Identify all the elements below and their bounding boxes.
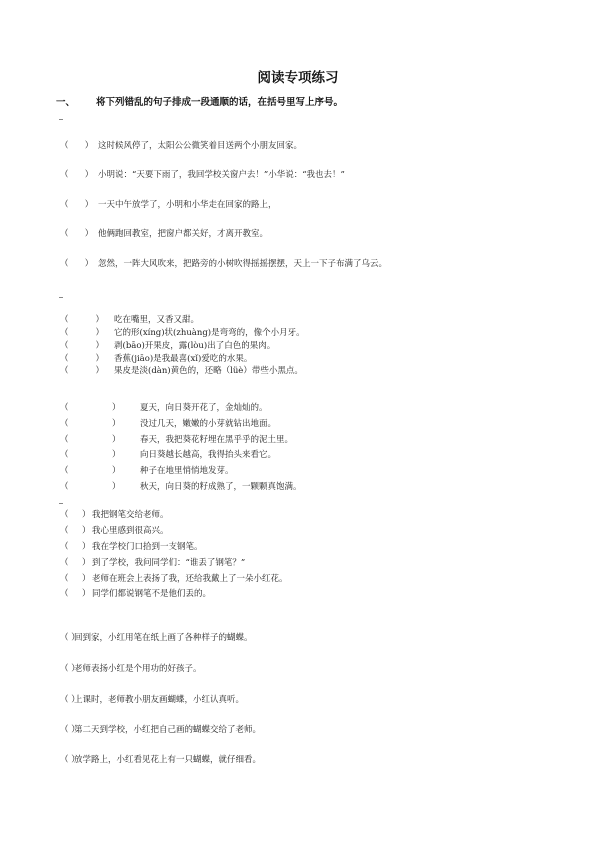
list-item: （ ）一天中午放学了，小明和小华走在回家的路上， bbox=[60, 198, 277, 210]
list-item: （ ）上课时，老师教小朋友画蝴蝶，小红认真听。 bbox=[60, 693, 244, 705]
list-item: （）夏天，向日葵开花了，金灿灿的。 bbox=[60, 401, 268, 413]
section-number: 一、 bbox=[56, 94, 96, 108]
section-instruction: 将下列错乱的句子排成一段通顺的话，在括号里写上序号。 bbox=[96, 97, 343, 108]
answer-blank[interactable]: （ bbox=[60, 448, 112, 460]
list-item: （ ）回到家，小红用笔在纸上画了各种样子的蝴蝶。 bbox=[60, 631, 253, 643]
list-item: （ ）老师在班会上表扬了我，还给我戴上了一朵小红花。 bbox=[60, 572, 288, 584]
list-item: （ ）小明说：“天要下雨了，我回学校关窗户去！”小华说：“我也去！” bbox=[60, 168, 345, 180]
answer-blank[interactable]: （ ） bbox=[60, 227, 98, 239]
list-item: （ ）同学们都说钢笔不是他们丢的。 bbox=[60, 587, 211, 599]
answer-blank[interactable]: （ ） bbox=[60, 352, 114, 364]
list-item: （ ）老师表扬小红是个用功的好孩子。 bbox=[60, 662, 202, 674]
page-title: 阅读专项练习 bbox=[0, 66, 596, 86]
answer-blank[interactable]: （ ） bbox=[60, 313, 114, 325]
list-item: （ ）到了学校，我问同学们：“谁丢了钢笔？” bbox=[60, 556, 245, 568]
list-item: （ ）它的形(xíng)状(zhuàng)是弯弯的，像个小月牙。 bbox=[60, 326, 305, 338]
list-item: （）没过几天，嫩嫩的小芽就钻出地面。 bbox=[60, 417, 276, 429]
list-item: （）向日葵越长越高，我得抬头来看它。 bbox=[60, 448, 276, 460]
list-item: （ ）吃在嘴里，又香又甜。 bbox=[60, 313, 199, 325]
list-item: （ ）这时候风停了，太阳公公微笑着目送两个小朋友回家。 bbox=[60, 139, 302, 151]
answer-blank[interactable]: （ bbox=[60, 464, 112, 476]
answer-blank[interactable]: （ ） bbox=[60, 540, 92, 552]
answer-blank[interactable]: （ ） bbox=[60, 753, 74, 765]
answer-blank[interactable]: （ bbox=[60, 401, 112, 413]
group-marker bbox=[59, 503, 63, 504]
list-item: （ ）香蕉(jiāo)是我最喜(xǐ)爱吃的水果。 bbox=[60, 352, 252, 364]
list-item: （ ）果皮是淡(dàn)黄色的，还略（lüè）带些小黑点。 bbox=[60, 364, 303, 376]
answer-blank[interactable]: （ ） bbox=[60, 556, 92, 568]
answer-blank[interactable]: （ bbox=[60, 480, 112, 492]
answer-blank[interactable]: （ ） bbox=[60, 631, 74, 643]
answer-blank[interactable]: （ bbox=[60, 433, 112, 445]
answer-blank[interactable]: （ ） bbox=[60, 524, 92, 536]
answer-blank[interactable]: （ ） bbox=[60, 257, 98, 269]
answer-blank[interactable]: （ ） bbox=[60, 587, 92, 599]
list-item: （）春天，我把葵花籽埋在黑乎乎的泥土里。 bbox=[60, 433, 293, 445]
answer-blank[interactable]: （ bbox=[60, 417, 112, 429]
answer-blank[interactable]: （ ） bbox=[60, 198, 98, 210]
list-item: （ ）剥(bāo)开果皮，露(lòu)出了白色的果肉。 bbox=[60, 339, 275, 351]
list-item: （ ）我心里感到很高兴。 bbox=[60, 524, 169, 536]
answer-blank[interactable]: （ ） bbox=[60, 364, 114, 376]
answer-blank[interactable]: （ ） bbox=[60, 139, 98, 151]
answer-blank[interactable]: （ ） bbox=[60, 572, 92, 584]
answer-blank[interactable]: （ ） bbox=[60, 168, 98, 180]
list-item: （）秋天，向日葵的籽成熟了，一颗颗真饱满。 bbox=[60, 480, 302, 492]
list-item: （）种子在地里悄悄地发芽。 bbox=[60, 464, 234, 476]
list-item: （ ）忽然，一阵大风吹来，把路旁的小树吹得摇摇摆摆，天上一下子布满了乌云。 bbox=[60, 257, 387, 269]
group-marker bbox=[59, 119, 63, 120]
section-heading: 一、将下列错乱的句子排成一段通顺的话，在括号里写上序号。 bbox=[56, 94, 343, 108]
answer-blank[interactable]: （ ） bbox=[60, 326, 114, 338]
list-item: （ ）他俩跑回教室，把窗户都关好，才离开教室。 bbox=[60, 227, 268, 239]
list-item: （ ）放学路上，小红看见花上有一只蝴蝶，就仔细看。 bbox=[60, 753, 261, 765]
list-item: （ ）我把钢笔交给老师。 bbox=[60, 508, 169, 520]
answer-blank[interactable]: （ ） bbox=[60, 339, 114, 351]
answer-blank[interactable]: （ ） bbox=[60, 693, 74, 705]
answer-blank[interactable]: （ ） bbox=[60, 662, 74, 674]
answer-blank[interactable]: （ ） bbox=[60, 723, 74, 735]
answer-blank[interactable]: （ ） bbox=[60, 508, 92, 520]
list-item: （ ）我在学校门口拾到一支钢笔。 bbox=[60, 540, 203, 552]
group-marker bbox=[59, 297, 63, 298]
list-item: （ ）第二天到学校，小红把自己画的蝴蝶交给了老师。 bbox=[60, 723, 261, 735]
